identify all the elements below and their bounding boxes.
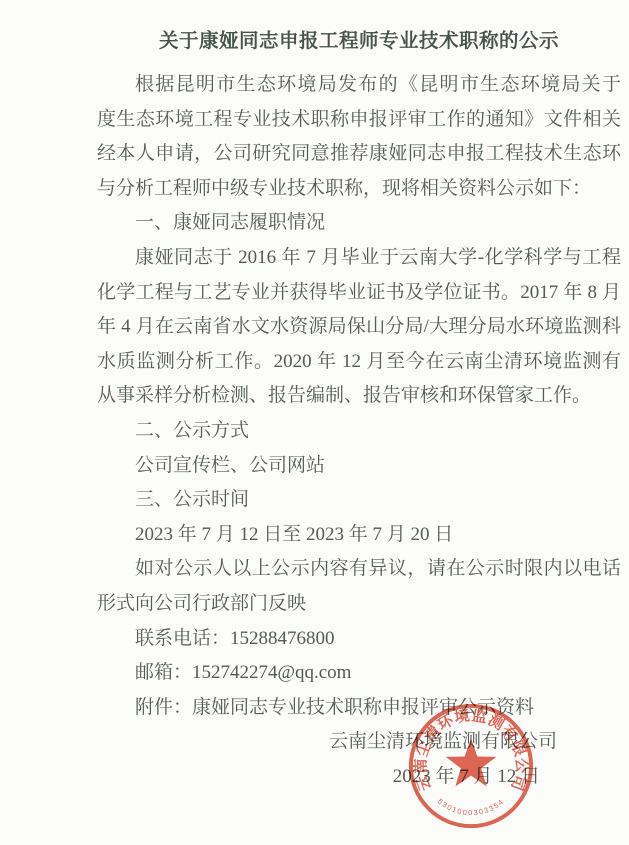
section-heading-1: 一、康娅同志履职情况	[97, 206, 621, 241]
signature-company: 云南尘清环境监测有限公司	[97, 725, 621, 760]
document-line: 水质监测分析工作。2020 年 12 月至今在云南尘清环境监测有限公司	[97, 345, 621, 380]
notice-document: 关于康娅同志申报工程师专业技术职称的公示 根据昆明市生态环境局发布的《昆明市生态…	[97, 24, 621, 794]
publicity-period: 2023 年 7 月 12 日至 2023 年 7 月 20 日	[97, 518, 621, 553]
seal-serial-number: 5301000303354	[436, 797, 506, 818]
section-heading-2: 二、公示方式	[97, 414, 621, 449]
seal-star-icon	[446, 738, 497, 786]
contact-phone-line: 联系电话：15288476800	[97, 622, 621, 657]
document-line: 从事采样分析检测、报告编制、报告审核和环保管家工作。	[97, 379, 621, 414]
company-seal: 云南尘清环境监测有限公司 5301000303354	[404, 700, 538, 834]
document-line: 形式向公司行政部门反映	[97, 587, 621, 622]
document-line: 度生态环境工程专业技术职称申报评审工作的通知》文件相关要求，	[97, 103, 621, 138]
document-line: 化学工程与工艺专业并获得毕业证书及学位证书。2017 年 8 月至 2020	[97, 276, 621, 311]
attachment-line: 附件：康娅同志专业技术职称申报评审公示资料	[97, 691, 621, 726]
document-line: 康娅同志于 2016 年 7 月毕业于云南大学-化学科学与工程学院-	[97, 241, 621, 276]
contact-email-line: 邮箱：152742274@qq.com	[97, 656, 621, 691]
document-line: 根据昆明市生态环境局发布的《昆明市生态环境局关于 2023 年	[97, 68, 621, 103]
document-line: 公司宣传栏、公司网站	[97, 449, 621, 484]
document-title: 关于康娅同志申报工程师专业技术职称的公示	[97, 24, 621, 58]
document-line: 如对公示人以上公示内容有异议，请在公示时限内以电话或书面	[97, 552, 621, 587]
document-line: 经本人申请，公司研究同意推荐康娅同志申报工程技术生态环境监测	[97, 137, 621, 172]
document-line: 与分析工程师中级专业技术职称，现将相关资料公示如下：	[97, 172, 621, 207]
section-heading-3: 三、公示时间	[97, 483, 621, 518]
document-line: 年 4 月在云南省水文水资源局保山分局/大理分局水环境监测科从事	[97, 310, 621, 345]
signature-date: 2023 年 7 月 12 日	[97, 760, 621, 795]
